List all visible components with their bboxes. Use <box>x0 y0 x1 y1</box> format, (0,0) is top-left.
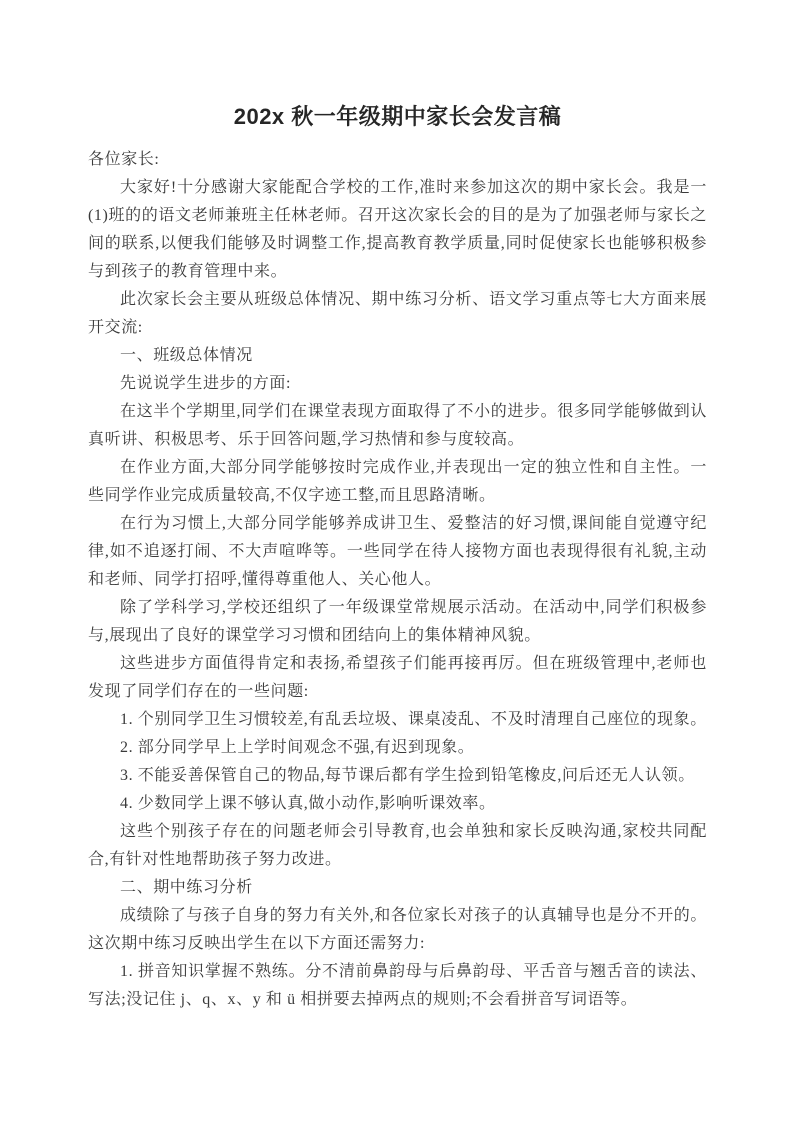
section-1-lead: 先说说学生进步的方面: <box>88 370 707 398</box>
problem-item-1: 1. 个别同学卫生习惯较差,有乱丢垃圾、课桌凌乱、不及时清理自己座位的现象。 <box>88 706 707 734</box>
progress-classroom-paragraph: 在这半个学期里,同学们在课堂表现方面取得了不小的进步。很多同学能够做到认真听讲、… <box>88 398 707 454</box>
problems-lead-paragraph: 这些进步方面值得肯定和表扬,希望孩子们能再接再厉。但在班级管理中,老师也发现了同… <box>88 650 707 706</box>
progress-homework-paragraph: 在作业方面,大部分同学能够按时完成作业,并表现出一定的独立性和自主性。一些同学作… <box>88 454 707 510</box>
document-page: 202x 秋一年级期中家长会发言稿 各位家长: 大家好!十分感谢大家能配合学校的… <box>0 0 793 1122</box>
problems-followup-paragraph: 这些个别孩子存在的问题老师会引导教育,也会单独和家长反映沟通,家校共同配合,有针… <box>88 818 707 874</box>
problem-item-4: 4. 少数同学上课不够认真,做小动作,影响听课效率。 <box>88 790 707 818</box>
section-1-heading: 一、班级总体情况 <box>88 342 707 370</box>
document-title: 202x 秋一年级期中家长会发言稿 <box>88 101 707 132</box>
problem-item-2: 2. 部分同学早上上学时间观念不强,有迟到现象。 <box>88 734 707 762</box>
problem-item-3: 3. 不能妥善保管自己的物品,每节课后都有学生捡到铅笔橡皮,问后还无人认领。 <box>88 762 707 790</box>
activity-paragraph: 除了学科学习,学校还组织了一年级课堂常规展示活动。在活动中,同学们积极参与,展现… <box>88 594 707 650</box>
section-2-heading: 二、期中练习分析 <box>88 874 707 902</box>
agenda-paragraph: 此次家长会主要从班级总体情况、期中练习分析、语文学习重点等七大方面来展开交流: <box>88 286 707 342</box>
progress-behavior-paragraph: 在行为习惯上,大部分同学能够养成讲卫生、爱整洁的好习惯,课间能自觉遵守纪律,如不… <box>88 510 707 594</box>
salutation: 各位家长: <box>88 146 707 174</box>
exam-analysis-lead: 成绩除了与孩子自身的努力有关外,和各位家长对孩子的认真辅导也是分不开的。这次期中… <box>88 902 707 958</box>
intro-paragraph: 大家好!十分感谢大家能配合学校的工作,准时来参加这次的期中家长会。我是一(1)班… <box>88 174 707 286</box>
weakness-item-1: 1. 拼音知识掌握不熟练。分不清前鼻韵母与后鼻韵母、平舌音与翘舌音的读法、写法;… <box>88 958 707 1014</box>
